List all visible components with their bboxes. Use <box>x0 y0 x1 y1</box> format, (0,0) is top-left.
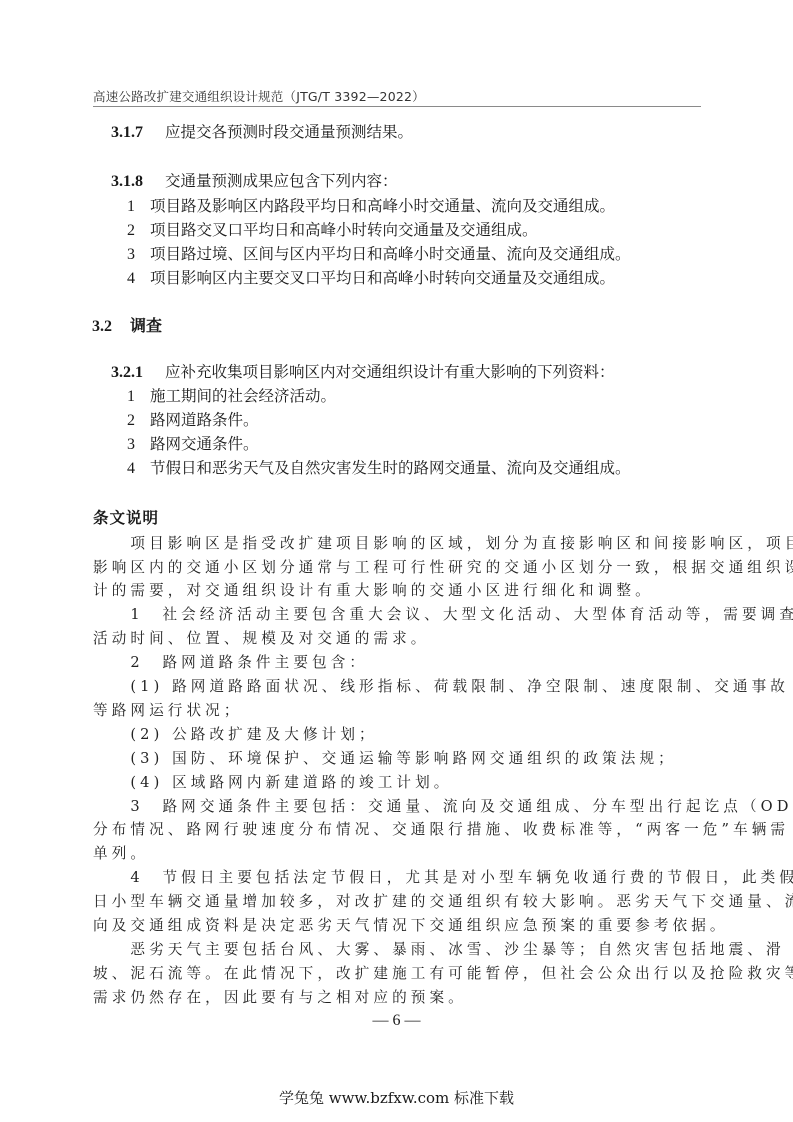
explanation-line: 需求仍然存在，因此要有与之相对应的预案。 <box>93 987 467 1009</box>
explanation-line: (3) 国防、环境保护、交通运输等影响路网交通组织的政策法规； <box>93 748 677 770</box>
clause-number: 3.1.8 <box>111 171 165 193</box>
item-number: 3 <box>127 244 150 266</box>
explanation-line: (1) 路网道路路面状况、线形指标、荷载限制、净空限制、速度限制、交通事故 <box>93 676 789 698</box>
explanation-line: 向及交通组成资料是决定恶劣天气情况下交通组织应急预案的重要参考依据。 <box>93 915 729 937</box>
item-number: 3 <box>127 434 150 456</box>
list-item: 3项目路过境、区间与区内平均日和高峰小时交通量、流向及交通组成。 <box>127 243 631 266</box>
item-text: 节假日和恶劣天气及自然灾害发生时的路网交通量、流向及交通组成。 <box>150 459 631 477</box>
clause-text: 应提交各预测时段交通量预测结果。 <box>165 123 413 141</box>
item-number: 1 <box>127 196 150 218</box>
section-title: 调查 <box>130 316 162 335</box>
clause-3-1-8: 3.1.8交通量预测成果应包含下列内容： <box>111 170 398 193</box>
explanation-line: 3 路网交通条件主要包括：交通量、流向及交通组成、分车型出行起讫点（OD） <box>93 796 793 818</box>
explanation-title: 条文说明 <box>93 506 159 528</box>
item-text: 项目影响区内主要交叉口平均日和高峰小时转向交通量及交通组成。 <box>150 269 615 287</box>
item-text: 项目路交叉口平均日和高峰小时转向交通量及交通组成。 <box>150 221 538 239</box>
list-item: 4项目影响区内主要交叉口平均日和高峰小时转向交通量及交通组成。 <box>127 267 615 290</box>
explanation-line: 等路网运行状况； <box>93 700 243 722</box>
explanation-line: 活动时间、位置、规模及对交通的需求。 <box>93 628 430 650</box>
item-text: 路网道路条件。 <box>150 411 259 429</box>
clause-number: 3.2.1 <box>111 362 165 384</box>
item-number: 4 <box>127 268 150 290</box>
item-number: 2 <box>127 220 150 242</box>
explanation-line: 坡、泥石流等。在此情况下，改扩建施工有可能暂停，但社会公众出行以及抢险救灾等 <box>93 963 793 985</box>
clause-text: 交通量预测成果应包含下列内容： <box>165 172 398 190</box>
list-item: 2路网道路条件。 <box>127 409 259 432</box>
explanation-line: 1 社会经济活动主要包含重大会议、大型文化活动、大型体育活动等，需要调查 <box>93 604 793 626</box>
section-heading-3-2: 3.2调查 <box>92 313 162 336</box>
clause-3-2-1: 3.2.1应补充收集项目影响区内对交通组织设计有重大影响的下列资料： <box>111 361 615 384</box>
running-head-title: 高速公路改扩建交通组织设计规范（JTG/T 3392—2022） <box>93 87 425 105</box>
explanation-line: 4 节假日主要包括法定节假日，尤其是对小型车辆免收通行费的节假日，此类假 <box>93 867 793 889</box>
item-number: 4 <box>127 458 150 480</box>
item-text: 施工期间的社会经济活动。 <box>150 387 336 405</box>
explanation-line: (4) 区域路网内新建道路的竣工计划。 <box>93 772 453 794</box>
explanation-line: 影响区内的交通小区划分通常与工程可行性研究的交通小区划分一致，根据交通组织设 <box>93 557 793 579</box>
clause-text: 应补充收集项目影响区内对交通组织设计有重大影响的下列资料： <box>165 363 615 381</box>
explanation-line: 计的需要，对交通组织设计有重大影响的交通小区进行细化和调整。 <box>93 580 654 602</box>
explanation-line: 日小型车辆交通量增加较多，对改扩建的交通组织有较大影响。恶劣天气下交通量、流 <box>93 891 793 913</box>
explanation-line: (2) 公路改扩建及大修计划； <box>93 724 378 746</box>
explanation-line: 分布情况、路网行驶速度分布情况、交通限行措施、收费标准等，“两客一危”车辆需 <box>93 819 789 841</box>
clause-3-1-7: 3.1.7应提交各预测时段交通量预测结果。 <box>111 121 413 144</box>
section-number: 3.2 <box>92 318 130 336</box>
list-item: 1施工期间的社会经济活动。 <box>127 385 336 408</box>
explanation-line: 2 路网道路条件主要包含： <box>93 652 368 674</box>
footer-watermark: 学兔兔 www.bzfxw.com 标准下载 <box>0 1087 793 1108</box>
explanation-line: 项目影响区是指受改扩建项目影响的区域，划分为直接影响区和间接影响区，项目 <box>93 533 793 555</box>
explanation-line: 单列。 <box>93 843 149 865</box>
clause-number: 3.1.7 <box>111 122 165 144</box>
header-divider <box>93 106 701 107</box>
page-number: — 6 — <box>0 1012 793 1030</box>
list-item: 4节假日和恶劣天气及自然灾害发生时的路网交通量、流向及交通组成。 <box>127 457 631 480</box>
item-number: 2 <box>127 410 150 432</box>
list-item: 2项目路交叉口平均日和高峰小时转向交通量及交通组成。 <box>127 219 538 242</box>
item-text: 路网交通条件。 <box>150 435 259 453</box>
item-text: 项目路及影响区内路段平均日和高峰小时交通量、流向及交通组成。 <box>150 197 615 215</box>
item-text: 项目路过境、区间与区内平均日和高峰小时交通量、流向及交通组成。 <box>150 245 631 263</box>
list-item: 3路网交通条件。 <box>127 433 259 456</box>
item-number: 1 <box>127 386 150 408</box>
explanation-line: 恶劣天气主要包括台风、大雾、暴雨、冰雪、沙尘暴等；自然灾害包括地震、滑 <box>93 939 785 961</box>
list-item: 1项目路及影响区内路段平均日和高峰小时交通量、流向及交通组成。 <box>127 195 615 218</box>
